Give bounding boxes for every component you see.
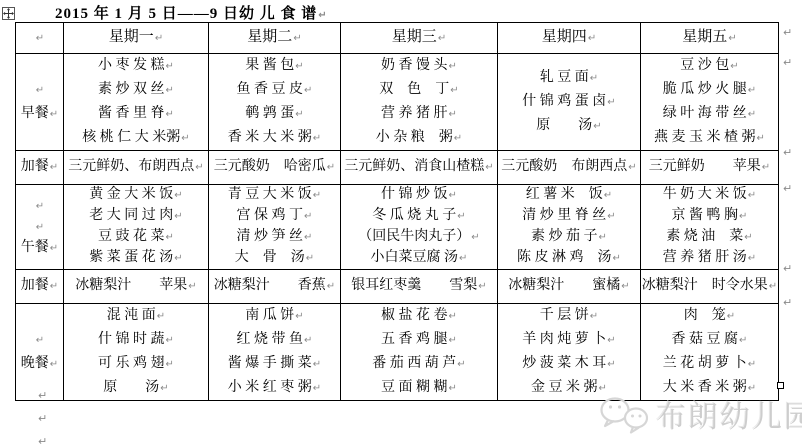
paragraph-mark: ↵ [174,211,182,222]
menu-line: 南 瓜 饼↵ [209,304,340,328]
paragraph-mark: ↵ [174,190,182,201]
menu-line: 冬 瓜 烧 丸 子↵ [341,206,497,227]
paragraph-mark: ↵ [748,253,756,264]
menu-line: 京 酱 鸭 胸↵ [641,206,778,227]
paragraph-mark: ↵ [166,232,174,243]
menu-line: 小 米 红 枣 粥↵ [209,376,340,400]
cell-snack2-tuesday[interactable]: 冰糖梨汁 香蕉↵ [209,270,341,304]
menu-line: 小 杂 粮 粥↵ [341,126,497,150]
menu-line: 素 炒 茄 子↵ [498,227,640,248]
menu-line: 黄 金 大 米 饭↵ [64,185,208,206]
paragraph-mark: ↵ [38,435,47,447]
paragraph-mark: ↵ [166,61,174,72]
paragraph-mark: ↵ [295,109,303,120]
paragraph-mark: ↵ [304,335,312,346]
paragraph-mark: ↵ [166,85,174,96]
menu-line: 素 炒 双 丝↵ [64,78,208,102]
menu-line: 清 炒 笋 丝↵ [209,227,340,248]
menu-line: 青 豆 大 米 饭↵ [209,185,340,206]
chat-bubbles-logo-icon [598,396,650,434]
menu-line: 加餐↵ [16,159,63,176]
menu-line: 老 大 同 过 肉↵ [64,206,208,227]
menu-line: ↵ [16,328,63,352]
paragraph-mark: ↵ [757,133,765,144]
menu-line: 晚餐↵ [16,352,63,376]
menu-line: 牛 奶 大 米 饭↵ [641,185,778,206]
paragraph-mark: ↵ [457,211,465,222]
paragraph-mark: ↵ [607,335,615,346]
paragraph-mark: ↵ [155,33,163,44]
menu-line: （回民牛肉丸子）↵ [341,227,497,248]
cell-label-dinner[interactable]: ↵晚餐↵ [16,304,64,401]
header-thursday[interactable]: 星期四↵ [498,23,641,54]
menu-line: 星期三↵ [341,29,497,47]
menu-line: 椒 盐 花 卷↵ [341,304,497,328]
paragraph-mark: ↵ [748,359,756,370]
paragraph-mark: ↵ [50,162,58,173]
cell-corner[interactable]: ↵ [16,23,64,54]
menu-line: 营 养 猪 肝↵ [341,102,497,126]
paragraph-mark: ↵ [613,253,621,264]
paragraph-mark: ↵ [36,335,44,346]
paragraph-mark: ↵ [450,85,458,96]
cell-breakfast-wednesday[interactable]: 奶 香 馒 头↵双 色 丁↵营 养 猪 肝↵小 杂 粮 粥↵ [341,54,498,151]
paragraph-mark: ↵ [50,243,58,254]
paragraph-mark: ↵ [471,232,479,243]
paragraph-mark: ↵ [730,61,738,72]
header-tuesday[interactable]: 星期二↵ [209,23,341,54]
menu-line: 冰糖梨汁 时令水果↵ [641,278,778,295]
paragraph-mark: ↵ [295,61,303,72]
menu-line: 五 香 鸡 腿↵ [341,328,497,352]
menu-line: 番 茄 西 葫 芦↵ [341,352,497,376]
paragraph-mark: ↵ [36,222,44,233]
cell-lunch-thursday[interactable]: 红 薯 米 饭↵清 炒 里 脊 丝↵素 炒 茄 子↵陈 皮 淋 鸡 汤↵ [498,185,641,270]
header-wednesday[interactable]: 星期三↵ [341,23,498,54]
paragraph-mark: ↵ [762,162,770,173]
paragraph-mark: ↵ [304,85,312,96]
cell-snack1-thursday[interactable]: 三元酸奶 布朗西点↵ [498,151,641,185]
paragraph-mark: ↵ [293,33,301,44]
cell-breakfast-friday[interactable]: 豆 沙 包↵脆 瓜 炒 火 腿↵绿 叶 海 带 丝↵燕 麦 玉 米 楂 粥↵ [641,54,779,151]
cell-breakfast-monday[interactable]: 小 枣 发 糕↵素 炒 双 丝↵酱 香 里 脊↵核 桃 仁 大 米粥↵ [64,54,209,151]
menu-line: 鱼 香 豆 皮↵ [209,78,340,102]
paragraph-mark: ↵ [36,85,44,96]
cell-label-lunch[interactable]: ↵↵午餐↵ [16,185,64,270]
row-end-mark: ↵ [783,182,792,195]
menu-line: 香 菇 豆 腐↵ [641,328,778,352]
menu-line: 冰糖梨汁 蜜橘↵ [498,278,640,295]
paragraph-mark: ↵ [166,335,174,346]
watermark: 布朗幼儿园 [598,392,802,436]
paragraph-mark: ↵ [313,190,321,201]
paragraph-mark: ↵ [327,162,335,173]
paragraph-mark: ↵ [588,33,596,44]
cell-snack2-wednesday[interactable]: 银耳红枣羹 雪梨↵ [341,270,498,304]
menu-line: 千 层 饼↵ [498,304,640,328]
cell-snack1-wednesday[interactable]: 三元鲜奶、消食山楂糕↵ [341,151,498,185]
menu-line: 三元酸奶 哈密瓜↵ [209,159,340,176]
paragraph-mark: ↵ [599,232,607,243]
paragraph-mark: ↵ [449,383,457,394]
paragraph-mark: ↵ [604,190,612,201]
paragraph-mark: ↵ [50,281,58,292]
menu-line: 三元鲜奶 苹果↵ [641,159,778,176]
menu-line: 炒 菠 菜 木 耳↵ [498,352,640,376]
paragraph-mark: ↵ [160,383,168,394]
cell-snack2-monday[interactable]: 冰糖梨汁 苹果↵ [64,270,209,304]
row-dinner: ↵晚餐↵ 混 沌 面↵什 锦 时 蔬↵可 乐 鸡 翅↵原 汤↵ 南 瓜 饼↵红 … [16,304,779,401]
paragraph-mark: ↵ [327,281,335,292]
menu-line: 星期五↵ [641,29,778,47]
row-afternoon-snack: 加餐↵ 冰糖梨汁 苹果↵ 冰糖梨汁 香蕉↵ 银耳红枣羹 雪梨↵ 冰糖梨汁 蜜橘↵… [16,270,779,304]
menu-line: 脆 瓜 炒 火 腿↵ [641,78,778,102]
table-move-handle-icon[interactable] [2,7,15,20]
paragraph-mark: ↵ [166,359,174,370]
paragraph-mark: ↵ [304,211,312,222]
menu-line: 羊 肉 炖 萝 卜↵ [498,328,640,352]
paragraph-mark: ↵ [181,133,189,144]
paragraph-mark: ↵ [748,109,756,120]
header-row: ↵ 星期一↵ 星期二↵ 星期三↵ 星期四↵ 星期五↵ [16,23,779,54]
cell-snack2-thursday[interactable]: 冰糖梨汁 蜜橘↵ [498,270,641,304]
menu-line: 鹌 鹑 蛋↵ [209,102,340,126]
row-breakfast: ↵早餐↵ 小 枣 发 糕↵素 炒 双 丝↵酱 香 里 脊↵核 桃 仁 大 米粥↵… [16,54,779,151]
menu-line: 大 骨 汤↵ [209,248,340,269]
cell-lunch-friday[interactable]: 牛 奶 大 米 饭↵京 酱 鸭 胸↵素 烧 油 菜↵营 养 猪 肝 汤↵ [641,185,779,270]
menu-line: 紫 菜 蛋 花 汤↵ [64,248,208,269]
menu-line: 酱 爆 手 撕 菜↵ [209,352,340,376]
paragraph-mark: ↵ [166,109,174,120]
menu-line: 核 桃 仁 大 米粥↵ [64,126,208,150]
menu-line: 原 汤↵ [64,376,208,400]
row-end-mark: ↵ [783,262,792,275]
paragraph-mark: ↵ [174,253,182,264]
paragraph-mark: ↵ [459,253,467,264]
paragraph-mark: ↵ [304,232,312,243]
cell-breakfast-tuesday[interactable]: 果 酱 包↵鱼 香 豆 皮↵鹌 鹑 蛋↵香 米 大 米 粥↵ [209,54,341,151]
menu-line: 豆 沙 包↵ [641,54,778,78]
menu-line: 豆 豉 花 菜↵ [64,227,208,248]
menu-line: 早餐↵ [16,102,63,126]
cell-dinner-tuesday[interactable]: 南 瓜 饼↵红 烧 带 鱼↵酱 爆 手 撕 菜↵小 米 红 枣 粥↵ [209,304,341,401]
row-end-mark: ↵ [783,26,792,39]
row-end-mark: ↵ [783,296,792,309]
menu-line: 酱 香 里 脊↵ [64,102,208,126]
menu-line: 营 养 猪 肝 汤↵ [641,248,778,269]
paragraph-mark: ↵ [50,359,58,370]
paragraph-mark: ↵ [769,281,777,292]
cell-label-breakfast[interactable]: ↵早餐↵ [16,54,64,151]
paragraph-mark: ↵ [607,211,615,222]
paragraph-mark: ↵ [457,359,465,370]
paragraph-mark: ↵ [449,311,457,322]
menu-line: 绿 叶 海 带 丝↵ [641,102,778,126]
paragraph-mark: ↵ [485,162,493,173]
paragraph-mark: ↵ [748,85,756,96]
menu-line: 银耳红枣羹 雪梨↵ [341,278,497,295]
paragraph-mark: ↵ [38,389,47,402]
paragraph-mark: ↵ [739,335,747,346]
paragraph-mark: ↵ [727,311,735,322]
menu-line: 可 乐 鸡 翅↵ [64,352,208,376]
paragraph-mark: ↵ [744,232,752,243]
cell-lunch-monday[interactable]: 黄 金 大 米 饭↵老 大 同 过 肉↵豆 豉 花 菜↵紫 菜 蛋 花 汤↵ [64,185,209,270]
menu-line: 清 炒 里 脊 丝↵ [498,206,640,227]
page-title: 2015 年 1 月 5 日——9 日幼 儿 食 谱 [55,6,317,22]
paragraph-mark: ↵ [157,311,165,322]
paragraph-mark: ↵ [607,359,615,370]
menu-line: 什 锦 时 蔬↵ [64,328,208,352]
menu-line: 什 锦 炒 饭↵ [341,185,497,206]
paragraph-mark: ↵ [38,412,47,425]
cell-snack1-monday[interactable]: 三元鲜奶、布朗西点↵ [64,151,209,185]
paragraph-mark: ↵ [628,162,636,173]
paragraph-mark: ↵ [748,190,756,201]
menu-line: 宫 保 鸡 丁↵ [209,206,340,227]
menu-line: 三元鲜奶、消食山楂糕↵ [341,159,497,176]
watermark-text: 布朗幼儿园 [656,392,802,436]
menu-line: 小白菜豆腐 汤↵ [341,248,497,269]
paragraph-mark: ↵ [590,73,598,84]
paragraph-mark: ↵ [590,311,598,322]
row-lunch: ↵↵午餐↵ 黄 金 大 米 饭↵老 大 同 过 肉↵豆 豉 花 菜↵紫 菜 蛋 … [16,185,779,270]
menu-line: 双 色 丁↵ [341,78,497,102]
menu-line: 加餐↵ [16,278,63,295]
menu-line: 三元鲜奶、布朗西点↵ [64,159,208,176]
menu-line: 兰 花 胡 萝 卜↵ [641,352,778,376]
paragraph-mark: ↵ [318,10,327,21]
menu-line: ↵ [16,196,63,217]
menu-line: 轧 豆 面↵ [498,66,640,90]
paragraph-mark: ↵ [593,121,601,132]
menu-line: 红 薯 米 饭↵ [498,185,640,206]
menu-line: 原 汤↵ [498,114,640,138]
paragraph-mark: ↵ [449,61,457,72]
menu-line: 豆 面 糊 糊↵ [341,376,497,400]
menu-line: ↵ [16,217,63,238]
paragraph-mark: ↵ [188,281,196,292]
paragraph-mark: ↵ [306,253,314,264]
cell-snack1-tuesday[interactable]: 三元酸奶 哈密瓜↵ [209,151,341,185]
cell-lunch-wednesday[interactable]: 什 锦 炒 饭↵冬 瓜 烧 丸 子↵（回民牛肉丸子）↵小白菜豆腐 汤↵ [341,185,498,270]
cell-label-snack2[interactable]: 加餐↵ [16,270,64,304]
menu-line: 燕 麦 玉 米 楂 粥↵ [641,126,778,150]
menu-line: 星期四↵ [498,29,640,47]
paragraph-mark: ↵ [449,335,457,346]
menu-line: 午餐↵ [16,238,63,259]
menu-line: 香 米 大 米 粥↵ [209,126,340,150]
paragraph-mark: ↵ [36,33,44,44]
table-resize-handle[interactable] [777,382,784,389]
paragraph-mark: ↵ [621,281,629,292]
menu-line: 肉 笼↵ [641,304,778,328]
paragraph-mark: ↵ [50,109,58,120]
menu-line: 混 沌 面↵ [64,304,208,328]
paragraph-mark: ↵ [313,383,321,394]
paragraph-mark: ↵ [454,133,462,144]
cell-dinner-friday[interactable]: 肉 笼↵香 菇 豆 腐↵兰 花 胡 萝 卜↵大 米 香 米 粥↵ [641,304,779,401]
header-monday[interactable]: 星期一↵ [64,23,209,54]
paragraph-mark: ↵ [295,311,303,322]
paragraph-mark: ↵ [739,211,747,222]
menu-table: ↵ 星期一↵ 星期二↵ 星期三↵ 星期四↵ 星期五↵ ↵早餐↵ 小 枣 发 糕↵… [15,22,779,401]
document-title-line[interactable]: 2015 年 1 月 5 日——9 日幼 儿 食 谱↵ [55,2,328,23]
cell-breakfast-thursday[interactable]: 轧 豆 面↵什 锦 鸡 蛋 卤↵原 汤↵ [498,54,641,151]
paragraph-mark: ↵ [607,97,615,108]
cell-dinner-monday[interactable]: 混 沌 面↵什 锦 时 蔬↵可 乐 鸡 翅↵原 汤↵ [64,304,209,401]
menu-line: ↵ [16,29,63,47]
header-friday[interactable]: 星期五↵ [641,23,779,54]
four-way-arrow-icon [3,8,14,19]
cell-lunch-tuesday[interactable]: 青 豆 大 米 饭↵宫 保 鸡 丁↵清 炒 笋 丝↵大 骨 汤↵ [209,185,341,270]
paragraph-mark: ↵ [195,162,203,173]
paragraph-mark: ↵ [313,133,321,144]
menu-line: 三元酸奶 布朗西点↵ [498,159,640,176]
row-end-mark: ↵ [783,146,792,159]
menu-line: 陈 皮 淋 鸡 汤↵ [498,248,640,269]
paragraph-mark: ↵ [449,109,457,120]
menu-line: 小 枣 发 糕↵ [64,54,208,78]
cell-snack2-friday[interactable]: 冰糖梨汁 时令水果↵ [641,270,779,304]
menu-line: ↵ [16,78,63,102]
paragraph-mark: ↵ [36,201,44,212]
cell-label-snack1[interactable]: 加餐↵ [16,151,64,185]
paragraph-mark: ↵ [478,281,486,292]
paragraph-mark: ↵ [728,33,736,44]
menu-line: 果 酱 包↵ [209,54,340,78]
menu-line: 冰糖梨汁 苹果↵ [64,278,208,295]
cell-snack1-friday[interactable]: 三元鲜奶 苹果↵ [641,151,779,185]
menu-line: 什 锦 鸡 蛋 卤↵ [498,90,640,114]
paragraph-mark: ↵ [438,33,446,44]
paragraph-mark: ↵ [313,359,321,370]
cell-dinner-wednesday[interactable]: 椒 盐 花 卷↵五 香 鸡 腿↵番 茄 西 葫 芦↵豆 面 糊 糊↵ [341,304,498,401]
row-morning-snack: 加餐↵ 三元鲜奶、布朗西点↵ 三元酸奶 哈密瓜↵ 三元鲜奶、消食山楂糕↵ 三元酸… [16,151,779,185]
menu-line: 星期一↵ [64,29,208,47]
menu-line: 奶 香 馒 头↵ [341,54,497,78]
menu-line: 素 烧 油 菜↵ [641,227,778,248]
menu-line: 星期二↵ [209,29,340,47]
row-end-mark: ↵ [783,56,792,69]
menu-line: 红 烧 带 鱼↵ [209,328,340,352]
document-page: 2015 年 1 月 5 日——9 日幼 儿 食 谱↵ ↵ 星期一↵ 星期二↵ … [0,0,802,447]
cell-dinner-thursday[interactable]: 千 层 饼↵羊 肉 炖 萝 卜↵炒 菠 菜 木 耳↵金 豆 米 粥↵ [498,304,641,401]
paragraph-mark: ↵ [449,190,457,201]
menu-line: 冰糖梨汁 香蕉↵ [209,278,340,295]
